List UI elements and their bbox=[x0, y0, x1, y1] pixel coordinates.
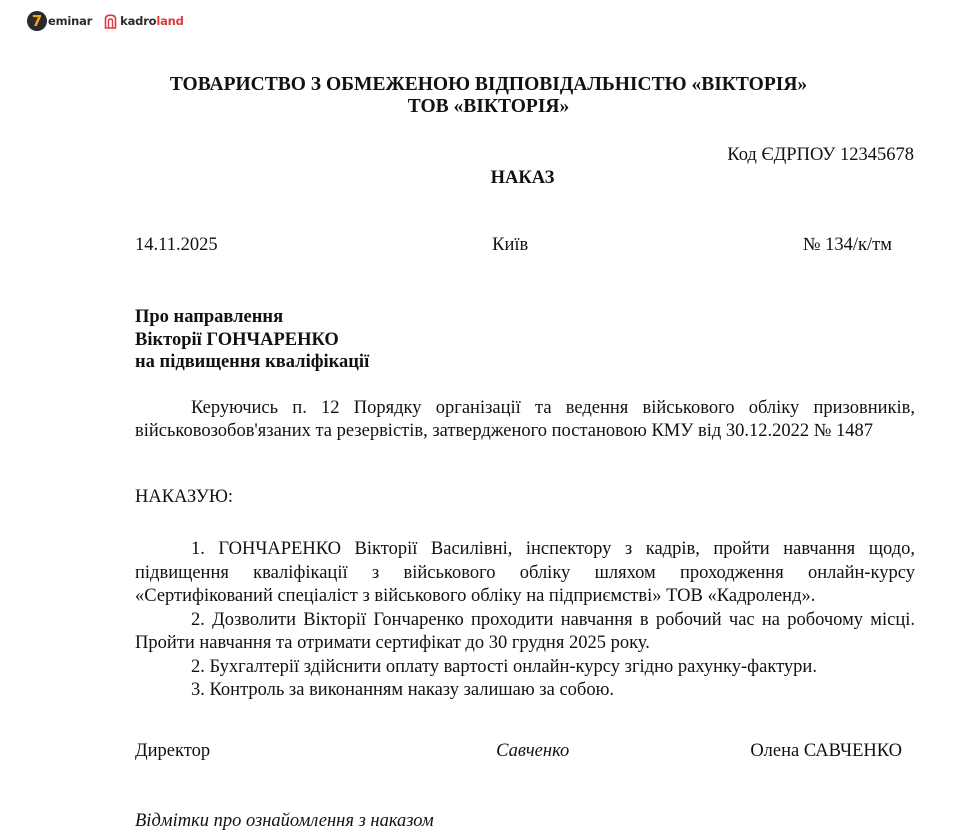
date-place-number-row: 14.11.2025 Київ № 134/к/тм bbox=[135, 235, 892, 256]
edrpou-code: Код ЄДРПОУ 12345678 bbox=[727, 145, 914, 166]
order-number: № 134/к/тм bbox=[803, 235, 892, 256]
signer-name: Олена САВЧЕНКО bbox=[750, 741, 902, 762]
orders-heading: НАКАЗУЮ: bbox=[135, 487, 233, 508]
order-item: 2. Дозволити Вікторії Гончаренко проходи… bbox=[135, 609, 915, 656]
kadroland-text-accent: land bbox=[156, 14, 183, 28]
acknowledgement-note: Відмітки про ознайомлення з наказом bbox=[135, 811, 434, 832]
subject-line: Вікторії ГОНЧАРЕНКО bbox=[135, 329, 369, 352]
header-logos: 7 eminar kadroland bbox=[27, 10, 184, 32]
kadroland-text-dark: kadro bbox=[120, 14, 156, 28]
signature-row: Директор Савченко Олена САВЧЕНКО bbox=[135, 741, 902, 762]
document-type: НАКАЗ bbox=[0, 168, 977, 189]
organization-title: ТОВАРИСТВО З ОБМЕЖЕНОЮ ВІДПОВІДАЛЬНІСТЮ … bbox=[0, 74, 977, 118]
subject-line: на підвищення кваліфікації bbox=[135, 351, 369, 374]
order-item: 3. Контроль за виконанням наказу залишаю… bbox=[135, 679, 915, 703]
order-item: 2. Бухгалтерії здійснити оплату вартості… bbox=[135, 656, 915, 680]
signature: Савченко bbox=[496, 741, 569, 762]
order-date: 14.11.2025 bbox=[135, 235, 218, 256]
kadroland-logo: kadroland bbox=[104, 14, 184, 29]
order-item: 1. ГОНЧАРЕНКО Вікторії Василівні, інспек… bbox=[135, 538, 915, 609]
seven-badge-icon: 7 bbox=[27, 11, 47, 31]
seminar-logo: 7 eminar bbox=[27, 11, 92, 31]
org-short-name: ТОВ «ВІКТОРІЯ» bbox=[0, 96, 977, 118]
signer-position: Директор bbox=[135, 741, 210, 762]
seminar-logo-text: eminar bbox=[48, 14, 92, 28]
subject-line: Про направлення bbox=[135, 306, 369, 329]
house-outline-icon bbox=[104, 14, 117, 29]
order-city: Київ bbox=[492, 235, 528, 256]
preamble-paragraph: Керуючись п. 12 Порядку організації та в… bbox=[135, 397, 915, 443]
org-full-name: ТОВАРИСТВО З ОБМЕЖЕНОЮ ВІДПОВІДАЛЬНІСТЮ … bbox=[0, 74, 977, 96]
order-items: 1. ГОНЧАРЕНКО Вікторії Василівні, інспек… bbox=[135, 538, 915, 703]
order-subject: Про направлення Вікторії ГОНЧАРЕНКО на п… bbox=[135, 306, 369, 374]
